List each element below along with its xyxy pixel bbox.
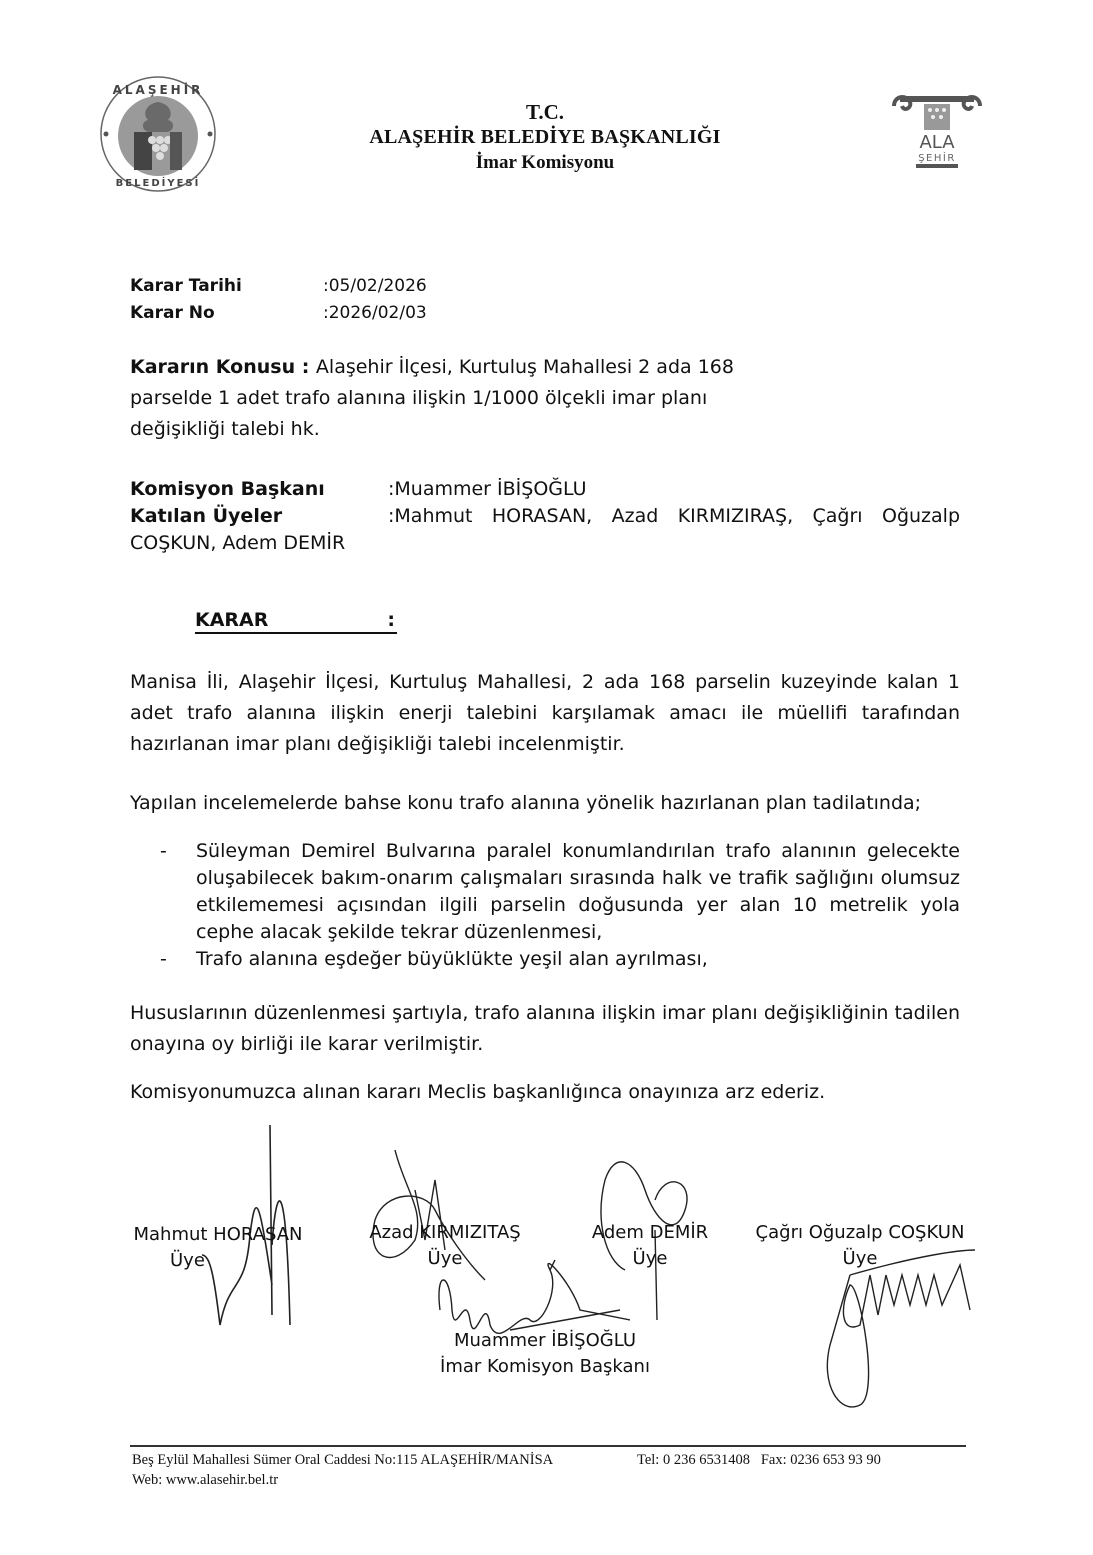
decision-date-label: Karar Tarihi: [130, 276, 242, 296]
decision-subject: Kararın Konusu : Alaşehir İlçesi, Kurtul…: [130, 352, 750, 445]
attendees-label: Katılan Üyeler: [130, 503, 282, 530]
attendees-value-continued: COŞKUN, Adem DEMİR: [130, 532, 345, 554]
document-page: ALAŞEHİR BELEDİYESİ T.C. ALAŞEHİR BELEDİ…: [0, 0, 1093, 1555]
decision-heading-colon: :: [387, 608, 395, 632]
footer-divider: [130, 1445, 966, 1447]
chair-signatory-role: İmar Komisyon Başkanı: [420, 1354, 670, 1380]
subject-separator: :: [295, 356, 316, 378]
signatory-name: Çağrı Oğuzalp COŞKUN: [752, 1220, 968, 1246]
condition-item: - Trafo alanına eşdeğer büyüklükte yeşil…: [160, 946, 960, 973]
signatory-role: Üye: [128, 1248, 308, 1274]
decision-number-label: Karar No: [130, 303, 215, 323]
header-organization: ALAŞEHİR BELEDİYE BAŞKANLIĞI: [300, 124, 790, 150]
decision-paragraph-4: Komisyonumuzca alınan kararı Meclis başk…: [130, 1077, 960, 1108]
signature-block-chair: Muammer İBİŞOĞLU İmar Komisyon Başkanı: [420, 1328, 670, 1380]
signature-block-demir: Adem DEMİR Üye: [580, 1220, 720, 1272]
signatory-role: Üye: [580, 1246, 720, 1272]
header-department: İmar Komisyonu: [300, 150, 790, 176]
commission-members: Komisyon Başkanı :Muammer İBİŞOĞLU Katıl…: [130, 476, 960, 557]
chair-value: :Muammer İBİŞOĞLU: [388, 476, 960, 503]
svg-text:ALAŞEHİR: ALAŞEHİR: [113, 82, 204, 97]
footer-contact: Tel: 0 236 6531408 Fax: 0236 653 93 90: [637, 1450, 881, 1470]
conditions-list: - Süleyman Demirel Bulvarına paralel kon…: [160, 838, 960, 973]
footer-web: Web: www.alasehir.bel.tr: [132, 1470, 278, 1490]
decision-paragraph-2: Yapılan incelemelerde bahse konu trafo a…: [130, 788, 960, 819]
decision-heading: KARAR :: [195, 608, 397, 634]
decision-heading-text: KARAR: [195, 609, 268, 631]
signatory-role: Üye: [752, 1246, 968, 1272]
decision-date-value: :05/02/2026: [323, 276, 427, 296]
svg-text:BELEDİYESİ: BELEDİYESİ: [116, 175, 201, 189]
footer-address: Beş Eylül Mahallesi Sümer Oral Caddesi N…: [132, 1450, 553, 1470]
decision-paragraph-1: Manisa İli, Alaşehir İlçesi, Kurtuluş Ma…: [130, 667, 960, 760]
svg-text:ALA: ALA: [919, 132, 955, 153]
signatory-name: Mahmut HORASAN: [128, 1222, 308, 1248]
signatory-name: Azad KIRMIZITAŞ: [360, 1220, 530, 1246]
decision-paragraph-3: Hususlarının düzenlenmesi şartıyla, traf…: [130, 998, 960, 1060]
decision-number-value: :2026/02/03: [323, 303, 427, 323]
list-bullet: -: [160, 838, 167, 865]
svg-text:ŞEHİR: ŞEHİR: [918, 151, 956, 164]
signatory-name: Adem DEMİR: [580, 1220, 720, 1246]
subject-label: Kararın Konusu: [130, 356, 295, 378]
chair-label: Komisyon Başkanı: [130, 476, 325, 503]
municipality-seal-logo: ALAŞEHİR BELEDİYESİ: [98, 74, 218, 194]
header-tc: T.C.: [300, 100, 790, 124]
condition-text: Süleyman Demirel Bulvarına paralel konum…: [196, 840, 960, 943]
signature-block-horasan: Mahmut HORASAN Üye: [128, 1222, 308, 1274]
signature-block-kirmizitas: Azad KIRMIZITAŞ Üye: [360, 1220, 530, 1272]
alasehir-column-logo: ALA ŞEHİR: [890, 92, 984, 170]
signature-block-coskun: Çağrı Oğuzalp COŞKUN Üye: [752, 1220, 968, 1272]
document-header: T.C. ALAŞEHİR BELEDİYE BAŞKANLIĞI İmar K…: [300, 100, 790, 176]
attendees-value: :Mahmut HORASAN, Azad KIRMIZIRAŞ, Çağrı …: [388, 503, 960, 530]
list-bullet: -: [160, 946, 167, 973]
signatory-role: Üye: [360, 1246, 530, 1272]
condition-text: Trafo alanına eşdeğer büyüklükte yeşil a…: [196, 948, 708, 970]
condition-item: - Süleyman Demirel Bulvarına paralel kon…: [160, 838, 960, 946]
chair-signatory-name: Muammer İBİŞOĞLU: [420, 1328, 670, 1354]
